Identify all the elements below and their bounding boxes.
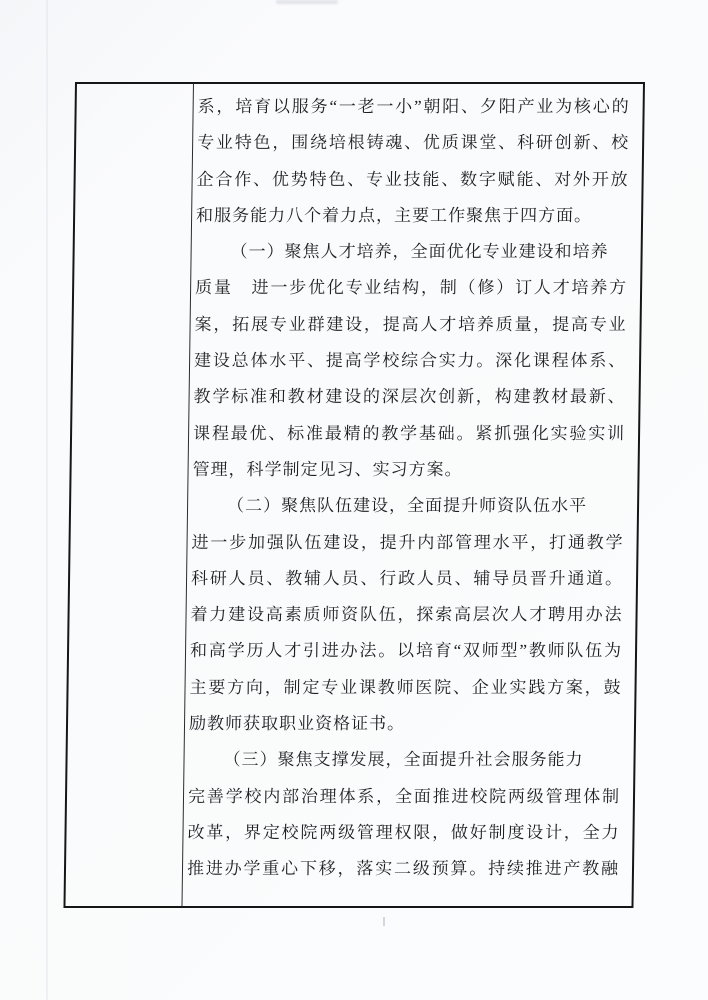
document-table: 系，培育以服务“一老一小”朝阳、夕阳产业为核心的 专业特色，围绕培根铸魂、优质课… — [63, 82, 645, 908]
section-heading-line: （三）聚焦支撑发展，全面提升社会服务能力 — [188, 742, 620, 778]
text-line: 教学标准和教材建设的深层次创新，构建教材最新、 — [193, 379, 625, 415]
text-line: 着力建设高素质师资队伍，探索高层次人才聘用办法 — [190, 597, 622, 633]
scanned-document-page: 系，培育以服务“一老一小”朝阳、夕阳产业为核心的 专业特色，围绕培根铸魂、优质课… — [0, 0, 708, 1000]
section-heading-line: （二）聚焦队伍建设，全面提升师资队伍水平 — [192, 488, 624, 524]
text-line: 和服务能力八个着力点，主要工作聚焦于四方面。 — [196, 198, 628, 234]
text-line: 推进办学重心下移，落实二级预算。持续推进产教融 — [187, 851, 619, 887]
text-line: 管理，科学制定见习、实习方案。 — [192, 452, 624, 488]
text-line: 课程最优、标准最精的教学基础。紧抓强化实验实训 — [193, 416, 625, 452]
page-mark-artifact — [383, 917, 385, 926]
text-line: 企合作、优势特色、专业技能、数字赋能、对外开放 — [196, 162, 628, 198]
text-line: 案，拓展专业群建设，提高人才培养质量，提高专业 — [194, 307, 626, 343]
scan-smudge-artifact — [276, 0, 338, 4]
table-cell-label-column — [65, 84, 193, 906]
text-line: 建设总体水平、提高学校综合实力。深化课程体系、 — [194, 343, 626, 379]
text-line: 主要方向，制定专业课教师医院、企业实践方案，鼓 — [189, 670, 621, 706]
section-heading-line: （一）聚焦人才培养，全面优化专业建设和培养 — [195, 234, 627, 270]
text-line: 进一步加强队伍建设，提升内部管理水平，打通教学 — [191, 525, 623, 561]
text-line: 和高学历人才引进办法。以培育“双师型”教师队伍为 — [190, 633, 622, 669]
text-line: 科研人员、教辅人员、行政人员、辅导员晋升通道。 — [191, 561, 623, 597]
text-line: 系，培育以服务“一老一小”朝阳、夕阳产业为核心的 — [197, 89, 629, 125]
table-cell-body-text: 系，培育以服务“一老一小”朝阳、夕阳产业为核心的 专业特色，围绕培根铸魂、优质课… — [182, 84, 642, 906]
text-line: 质量 进一步优化专业结构，制（修）订人才培养方 — [195, 270, 627, 306]
text-line: 励教师获取职业资格证书。 — [189, 706, 621, 742]
text-line: 改革，界定校院两级管理权限，做好制度设计，全力 — [187, 815, 619, 851]
text-line: 专业特色，围绕培根铸魂、优质课堂、科研创新、校 — [197, 125, 629, 161]
scan-streak-artifact — [46, 0, 48, 1000]
text-line: 完善学校内部治理体系，全面推进校院两级管理体制 — [188, 779, 620, 815]
